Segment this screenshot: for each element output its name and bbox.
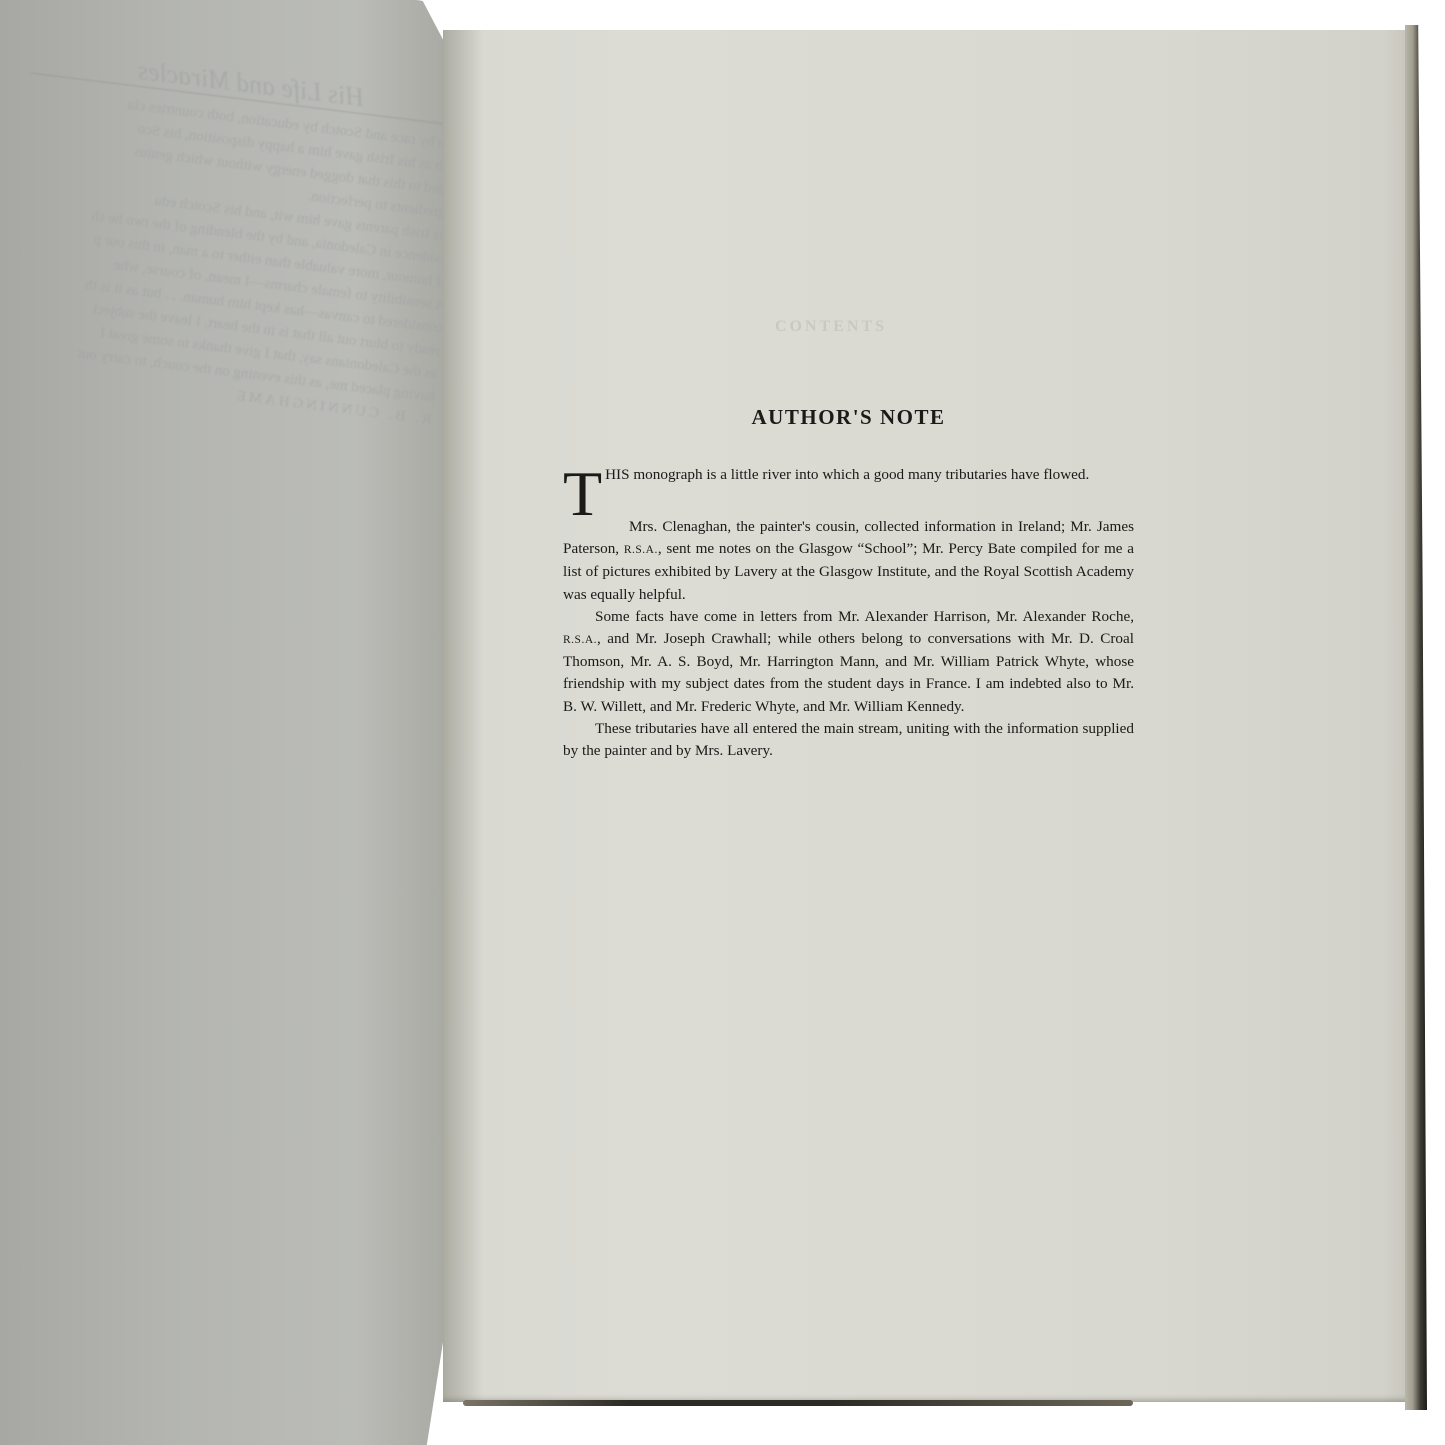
paragraph-3: Some facts have come in letters from Mr.… <box>563 606 1134 718</box>
paragraph-1-text: HIS monograph is a little river into whi… <box>605 466 1089 483</box>
abbr-rsa: R.S.A. <box>563 634 597 646</box>
drop-cap: T <box>563 464 602 520</box>
paragraph-4: These tributaries have all entered the m… <box>563 718 1134 762</box>
paragraph-3-text-a: Some facts have come in letters from Mr.… <box>595 608 1134 625</box>
ghost-contents-heading: CONTENTS <box>775 318 887 336</box>
authors-note: AUTHOR'S NOTE THIS monograph is a little… <box>563 400 1134 762</box>
paragraph-3-text-b: , and Mr. Joseph Crawhall; while others … <box>563 630 1134 715</box>
page-title: AUTHOR'S NOTE <box>563 400 1134 434</box>
paragraph-4-text: These tributaries have all entered the m… <box>563 720 1134 759</box>
left-page-bleed-through-text: His Life and Miracles Irish by race and … <box>0 46 471 794</box>
left-page: His Life and Miracles Irish by race and … <box>0 0 445 1445</box>
paragraph-1: THIS monograph is a little river into wh… <box>563 464 1134 486</box>
paragraph-2: Mrs. Clenaghan, the painter's cousin, co… <box>563 516 1134 606</box>
abbr-rsa: R.S.A. <box>624 544 658 556</box>
left-page-body: Irish by race and Scotch by education, b… <box>0 82 467 432</box>
page-fore-edge <box>1405 25 1427 1410</box>
gutter-shadow <box>443 30 483 1402</box>
